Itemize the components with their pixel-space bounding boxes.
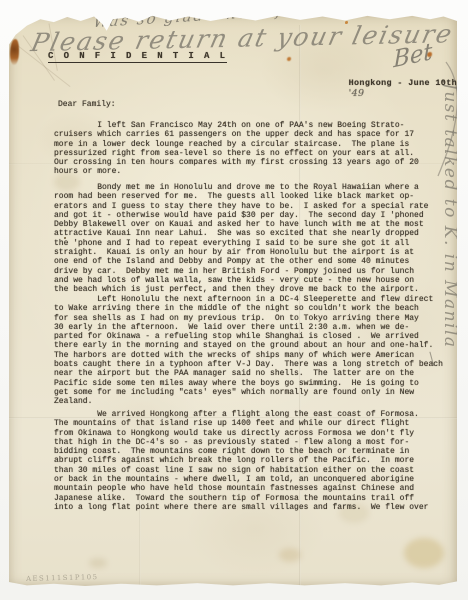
stain-blotch (89, 558, 107, 568)
stain-blotch (404, 538, 444, 568)
foxing-spot (287, 57, 291, 61)
body-paragraph-1: I left San Francisco May 24th on one of … (54, 121, 419, 177)
body-paragraph-2: Bondy met me in Honolulu and drove me to… (54, 183, 428, 295)
scan-background: Was so glad t hear from you — Please ret… (0, 0, 468, 600)
classification-label: C O N F I D E N T I A L (48, 52, 227, 63)
dateline-year: '49 (349, 88, 365, 99)
stain-blotch (279, 548, 301, 562)
archive-number: AES111S1P105 (26, 573, 99, 583)
letter-paper: Was so glad t hear from you — Please ret… (9, 13, 457, 586)
foxing-spot (139, 17, 142, 20)
body-paragraph-3: Left Honolulu the next afternoon in a DC… (54, 295, 443, 407)
salutation: Dear Family: (58, 100, 116, 109)
dateline: Hongkong - June 10th '49 (316, 70, 457, 108)
dateline-text: Hongkong - June 10th (349, 78, 458, 88)
rust-stain (10, 39, 19, 65)
margin-note-vertical: Just talked to K. in Manila (440, 83, 460, 349)
body-paragraph-4: We arrived Hongkong after a flight along… (54, 410, 428, 512)
